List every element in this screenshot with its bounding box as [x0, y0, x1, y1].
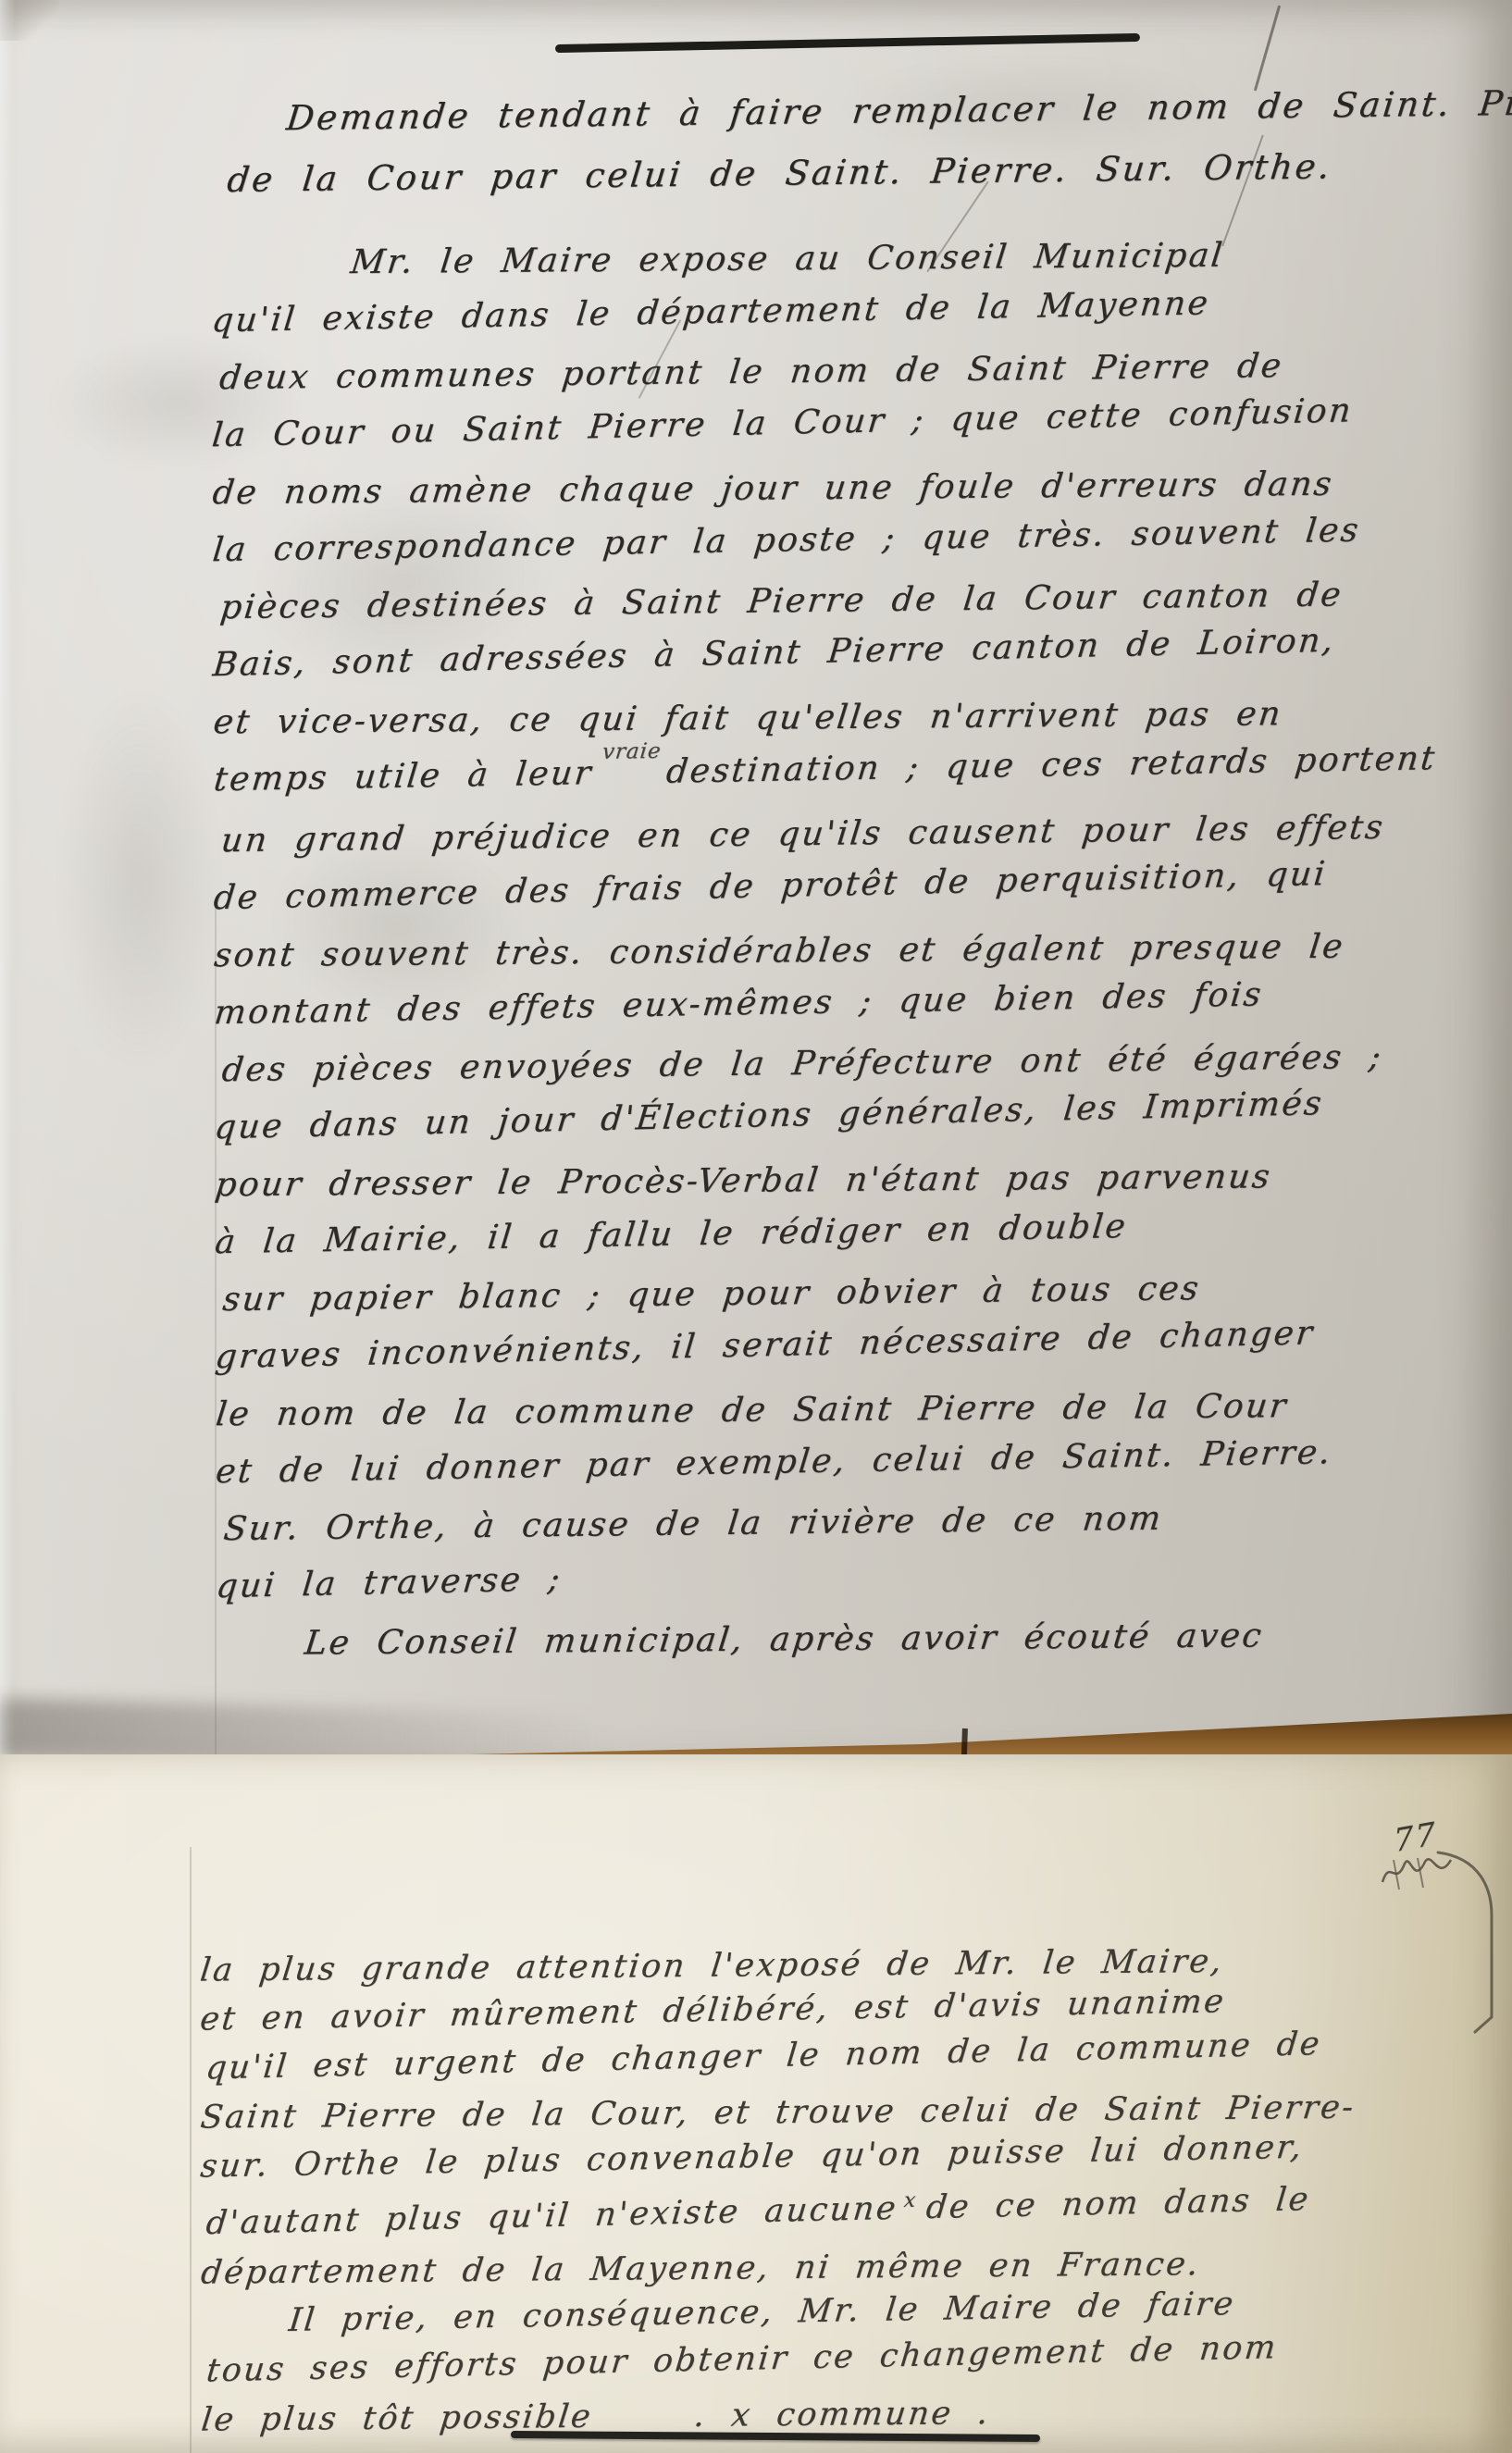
footnote-marker: x — [903, 2189, 919, 2212]
page-edge-highlight — [0, 0, 15, 1769]
margin-bracket-mark — [1429, 1845, 1506, 2045]
deliberation-title: Demande tendant à faire remplacer le nom… — [224, 89, 1512, 211]
line-text: d'autant plus qu'il n'existe aucune — [204, 2190, 899, 2242]
scanned-document: Demande tendant à faire remplacer le nom… — [0, 0, 1512, 2453]
heading-divider-rule — [555, 33, 1140, 53]
line-text: destination ; que ces retards portent — [664, 739, 1438, 791]
manuscript-line: Le Conseil municipal, après avoir écouté… — [214, 1606, 1443, 1673]
bleed-through-smudge — [56, 685, 222, 1073]
page-2-text-block: la plus grande attention l'exposé de Mr.… — [197, 1943, 1353, 2445]
interlinear-insertion: vraie — [601, 739, 663, 764]
page-1: Demande tendant à faire remplacer le nom… — [0, 0, 1512, 1769]
line-text: temps utile à leur — [212, 754, 595, 799]
paper-crease — [190, 1847, 192, 2453]
page-1-text-block: Mr. le Maire expose au Conseil Municipal… — [208, 231, 1436, 1674]
line-text: de ce nom dans le — [924, 2181, 1312, 2226]
footnote-text: . x commune . — [692, 2395, 992, 2434]
